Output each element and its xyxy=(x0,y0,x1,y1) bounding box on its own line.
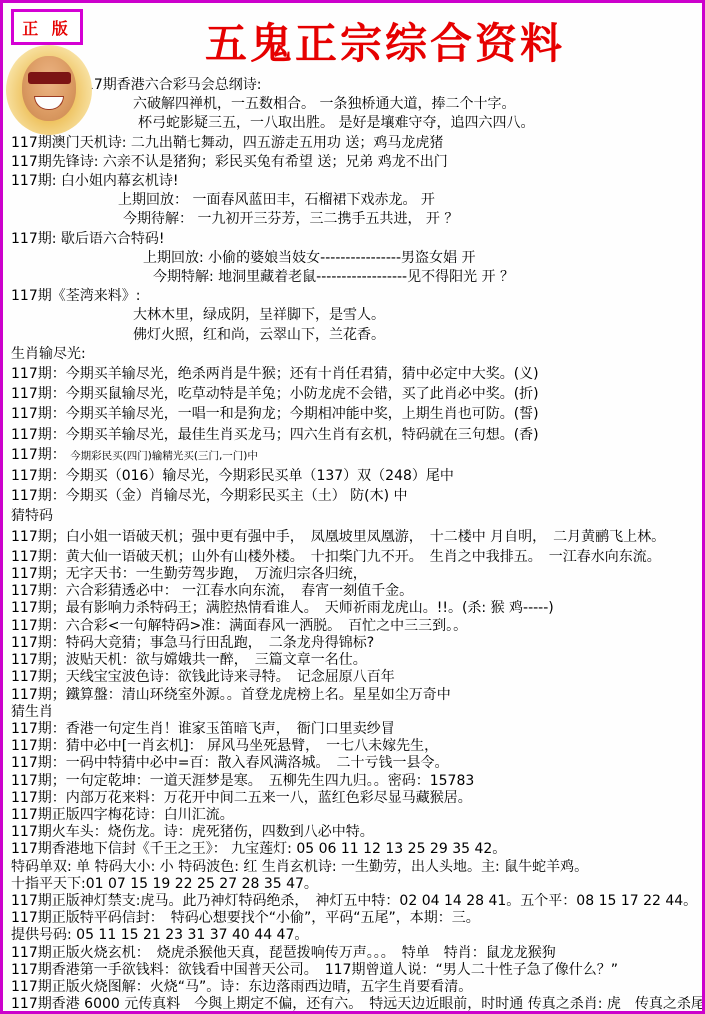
text-line: 117期先锋诗: 六亲不认是猪狗；彩民买兔有希望 送；兄弟 鸡龙不出门 xyxy=(3,154,702,171)
text-line: 117期香港六合彩马会总纲诗: xyxy=(3,77,702,94)
text-line: 十指平天下:01 07 15 19 22 25 27 28 35 47。 xyxy=(3,876,702,893)
text-line: 117期；一句定乾坤：一道天涯梦是寒。 五柳先生四九归。。密码：15783 xyxy=(3,773,702,790)
header: 正 版 五鬼正宗综合资料 xyxy=(3,3,702,75)
text-line: 117期：六合彩<一句解特码>准：满面春风一洒脱。 百忙之中三三到。。 xyxy=(3,618,702,635)
text-line: 提供号码: 05 11 15 21 23 31 37 40 44 47。 xyxy=(3,927,702,944)
text-line: 佛灯火照，红和尚，云翠山下，兰花香。 xyxy=(3,327,702,344)
genuine-badge: 正 版 xyxy=(11,9,83,45)
face-shape xyxy=(22,56,75,121)
text-line: 117期：六合彩猜透必中： 一江春水向东流， 春宵一刻值千金。 xyxy=(3,583,702,600)
content-lines: 117期香港六合彩马会总纲诗:六破解四禅机，一五数相合。 一条独桥通大道，捧二个… xyxy=(3,75,702,1013)
text-line: 117期火车头：烧伤龙。诗：虎死猪伤，四数到八必中特。 xyxy=(3,824,702,841)
text-line: 上期回放: 小偷的婆娘当妓女----------------男盗女娼 开 xyxy=(3,250,702,267)
text-line: 117期：今期买鼠输尽光，吃草动特是羊兔；小防龙虎不会错，买了此肖必中奖。(折) xyxy=(3,386,702,403)
genuine-badge-label: 正 版 xyxy=(22,16,72,39)
text-line: 上期回放： 一面春风蓝田丰，石榴裙下戏赤龙。 开 xyxy=(3,192,702,209)
text-line: 117期澳门天机诗: 二九出鞘七舞动，四五游走五用功 送；鸡马龙虎猪 xyxy=(3,135,702,152)
text-line: 猜生肖 xyxy=(3,704,702,721)
text-line: 117期正版神灯禁支:虎马。此乃神灯特码绝杀， 神灯五中特：02 04 14 2… xyxy=(3,893,702,910)
text-line: 117期：今期买羊输尽光，最佳生肖买龙马；四六生肖有玄机，特码就在三句想。(香) xyxy=(3,427,702,444)
text-line: 117期: 白小姐内幕玄机诗! xyxy=(3,173,702,190)
text-line: 今期待解： 一九初开三芬芳，三二携手五共进， 开 ？ xyxy=(3,211,702,228)
text-line: 117期《荃湾来料》: xyxy=(3,288,702,305)
text-line: 特码单双: 单 特码大小: 小 特码波色: 红 生肖玄机诗: 一生勤劳，出人头地… xyxy=(3,859,702,876)
text-line: 117期；鐵算盤：清山环绕室外源。。首登龙虎榜上名。星星如尘万奇中 xyxy=(3,687,702,704)
text-line: 117期；白小姐一语破天机；强中更有强中手， 凤凰坡里凤凰游， 十二楼中 月自明… xyxy=(3,529,702,546)
text-line: 生肖输尽光: xyxy=(3,346,702,363)
text-line: 117期：今期买羊输尽光，绝杀两肖是牛猴；还有十肖任君猜，猜中必定中大奖。(义) xyxy=(3,366,702,383)
text-line: 杯弓蛇影疑三五，一八取出胜。 是好是壤难守夺，追四六四八。 xyxy=(3,115,702,132)
text-line: 117期：一码中特猜中必中=百：散入春风满洛城。 二十亏钱一县令。 xyxy=(3,755,702,772)
text-line: 今期特解: 地洞里藏着老鼠------------------见不得阳光 开 ？ xyxy=(3,269,702,286)
text-line: 117期；无字天书：一生勤劳驾步跑， 万流归宗各归统， xyxy=(3,566,702,583)
text-line: 117期；天线宝宝波色诗：欲钱此诗来寻特。 记念屈原八百年 xyxy=(3,669,702,686)
text-line: 117期：香港一句定生肖！谁家玉笛暗飞声， 衙门口里卖纱冒 xyxy=(3,721,702,738)
text-line: 117期：猜中必中[一肖玄机]： 屏风马坐死悬臂， 一七八未嫁先生， xyxy=(3,738,702,755)
text-line: 117期香港地下信封《千王之王》： 九宝莲灯: 05 06 11 12 13 2… xyxy=(3,841,702,858)
text-line: 117期；波贴天机：欲与嫦娥共一醉， 三篇文章一名仕。 xyxy=(3,652,702,669)
text-line: 117期正版特平码信封： 特码心想要找个“小偷”，平码“五尾”，本期：三。 xyxy=(3,910,702,927)
text-line: 117期：黄大仙一语破天机；山外有山楼外楼。 十扣柴门九不开。 生肖之中我排五。… xyxy=(3,549,702,566)
text-line: 117期正版火烧图解：火烧“马”。诗：东边落雨西边晴，五字生肖要看清。 xyxy=(3,979,702,996)
text-line: 117期；最有影响力杀特码王；满腔热情看谁人。 天师祈雨龙虎山。!!。(杀: 猴… xyxy=(3,600,702,617)
text-line: 117期： 今期彩民买(四门)输精光买(三门,一门)中 xyxy=(3,447,702,465)
text-line: 六破解四禅机，一五数相合。 一条独桥通大道，捧二个十字。 xyxy=(3,96,702,113)
text-line: 117期正版四字梅花诗：白川汇流。 xyxy=(3,807,702,824)
text-line: 117期正版火烧玄机： 烧虎杀猴他天真，琵琶拨响传万声。。。 特单 特肖：鼠龙龙… xyxy=(3,945,702,962)
sunglasses-icon xyxy=(28,72,71,84)
text-line: 117期香港 6000 元传真料 今與上期定不偏，还有六。 特远天边近眼前，时时… xyxy=(3,996,702,1013)
text-line: 117期: 歇后语六合特码! xyxy=(3,231,702,248)
text-line: 117期：内部万花来料：万花开中间二五来一八，蓝红色彩尽显马藏猴居。 xyxy=(3,790,702,807)
text-line: 大林木里，绿成阴，呈祥脚下，是雪人。 xyxy=(3,307,702,324)
text-line: 117期：今期买（016）输尽光，今期彩民买单（137）双（248）尾中 xyxy=(3,468,702,485)
text-line: 117期：特码大竞猜；事急马行田乱跑， 二条龙舟得锦标? xyxy=(3,635,702,652)
page-title: 五鬼正宗综合资料 xyxy=(205,23,565,65)
text-line: 117期：今期买羊输尽光，一唱一和是狗龙；今期相冲能中奖，上期生肖也可防。(誓) xyxy=(3,406,702,423)
author-photo xyxy=(6,45,92,135)
text-line: 117期香港第一手欲钱料：欲钱看中国普天公司。 117期曾道人说：“男人二十性子… xyxy=(3,962,702,979)
text-line: 117期：今期买（金）肖输尽光，今期彩民买主（土） 防(木) 中 xyxy=(3,488,702,505)
page-frame: { "header": { "badge": "正 版", "title": "… xyxy=(0,0,705,1014)
text-line: 猜特码 xyxy=(3,508,702,525)
